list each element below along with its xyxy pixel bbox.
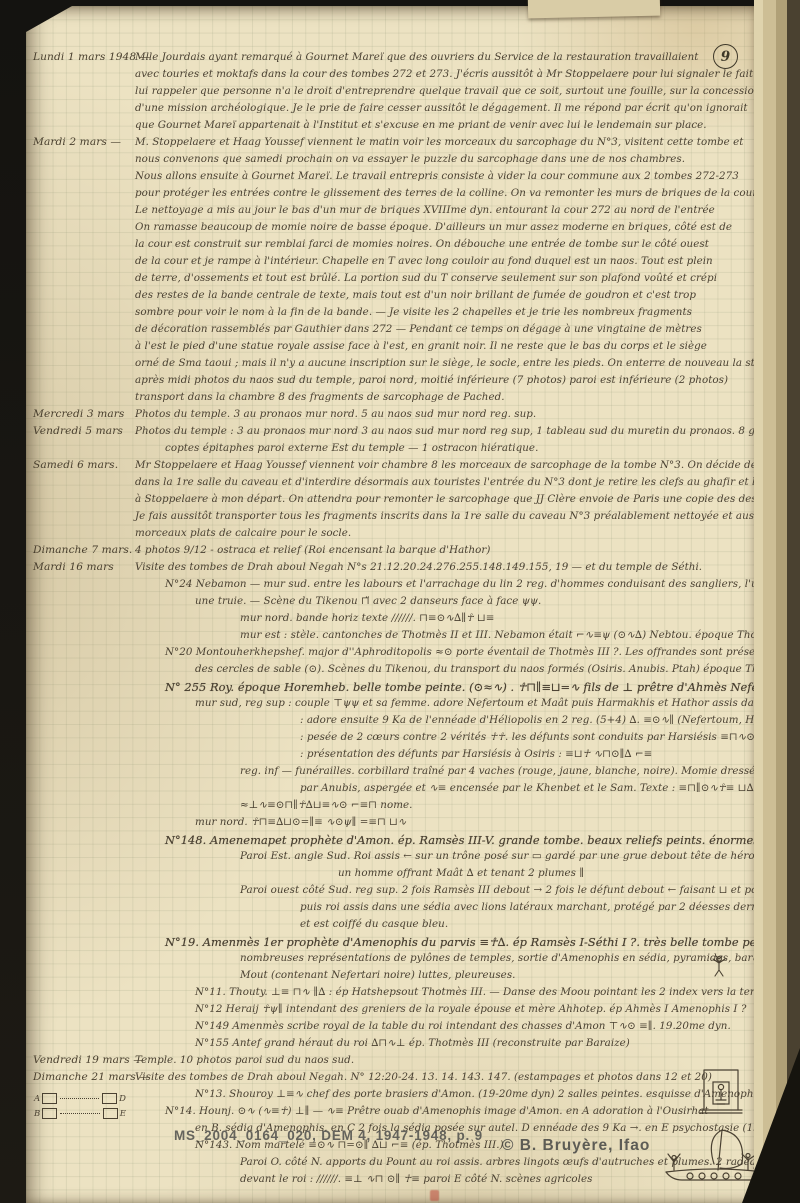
plan-label-b: B (34, 1109, 40, 1119)
journal-line: Mercredi 3 marsPhotos du temple. 3 au pr… (26, 408, 752, 425)
entry-text: N°12 Heraij ☥ψ∥ intendant des greniers d… (195, 1003, 746, 1015)
journal-line: ≈⊥∿≡⊙⊓∥☥∆⊔≡∿⊙ ⌐≡⊓ nome. (26, 799, 752, 816)
plan-label-a: A (34, 1094, 40, 1104)
journal-line: orné de Sma taoui ; mais il n'y a aucune… (26, 357, 752, 374)
entry-text: de décoration rassemblés par Gauthier da… (135, 323, 702, 335)
journal-line: nombreuses représentations de pylônes de… (26, 952, 752, 969)
entry-text: Paroi Est. angle Sud. Roi assis ← sur un… (240, 850, 800, 862)
entry-text: Mlle Jourdais ayant remarqué à Gournet M… (135, 51, 698, 63)
journal-line: N°24 Nebamon — mur sud. entre les labour… (26, 578, 752, 595)
entry-text: Mr Stoppelaere et Haag Youssef viennent … (135, 459, 800, 471)
journal-line: On ramasse beaucoup de momie noire de ba… (26, 221, 752, 238)
entry-text: coptes épitaphes paroi externe Est du te… (165, 442, 538, 454)
journal-line: : adore ensuite 9 Ka de l'ennéade d'Héli… (26, 714, 752, 731)
page-edge-strip (763, 0, 776, 1203)
journal-line: puis roi assis dans une sédia avec lions… (26, 901, 752, 918)
entry-text: mur nord. bande horiz texte //////. ⊓≡⊙∿… (240, 612, 494, 624)
entry-text: N°148. Amenemapet prophète d'Amon. ép. R… (165, 833, 800, 847)
journal-line: des restes de la bande centrale de texte… (26, 289, 752, 306)
entry-text: On ramasse beaucoup de momie noire de ba… (135, 221, 732, 233)
entry-text: Temple. 10 photos paroi sud du naos sud. (135, 1054, 354, 1066)
journal-line: Le nettoyage a mis au jour le bas d'un m… (26, 204, 752, 221)
entry-text: 4 photos 9/12 - ostraca et relief (Roi e… (135, 544, 490, 556)
journal-line: N° 255 Roy. époque Horemheb. belle tombe… (26, 680, 752, 697)
journal-line: N°12 Heraij ☥ψ∥ intendant des greniers d… (26, 1003, 752, 1020)
margin-date: Samedi 6 mars. (33, 459, 118, 471)
journal-line: : pesée de 2 cœurs contre 2 vérités ☥☥. … (26, 731, 752, 748)
entry-text: N°24 Nebamon — mur sud. entre les labour… (165, 578, 800, 590)
entry-text: puis roi assis dans une sédia avec lions… (300, 901, 800, 913)
journal-lines: Lundi 1 mars 1948 —Mlle Jourdais ayant r… (26, 6, 754, 1203)
journal-line: nous convenons que samedi prochain on va… (26, 153, 752, 170)
entry-text: pour protéger les entrées contre le glis… (135, 187, 757, 199)
journal-line: Je fais aussitôt transporter tous les fr… (26, 510, 752, 527)
entry-text: Mout (contenant Nefertari noire) luttes,… (240, 969, 516, 981)
journal-line: que Gournet Mareï appartenait à l'Instit… (26, 119, 752, 136)
entry-text: des restes de la bande centrale de texte… (135, 289, 696, 301)
tomb-plan-row-top: A D (34, 1091, 126, 1106)
entry-text: lui rappeler que personne n'a le droit d… (135, 85, 761, 97)
archive-watermark: MS_2004_0164_020, DEM 4, 1947-1948, p. 9 (174, 1128, 483, 1143)
journal-line: Paroi Est. angle Sud. Roi assis ← sur un… (26, 850, 752, 867)
scanned-notebook-photo: 9 Lundi 1 mars 1948 —Mlle Jourdais ayant… (0, 0, 800, 1203)
entry-text: : pesée de 2 cœurs contre 2 vérités ☥☥. … (300, 731, 760, 743)
journal-line: mur nord. bande horiz texte //////. ⊓≡⊙∿… (26, 612, 752, 629)
red-stamp-mark (430, 1190, 439, 1201)
plan-corridor-dots (60, 1113, 100, 1114)
entry-text: morceaux plats de calcaire pour le socle… (135, 527, 351, 539)
journal-line: N°19. Amenmès 1er prophète d'Amenophis d… (26, 935, 752, 952)
journal-line: devant le roi : //////. ≡⊥ ∿⊓ ⊙∥ ☥≡ paro… (26, 1173, 752, 1190)
entry-text: à l'est le pied d'une statue royale assi… (135, 340, 707, 352)
journal-line: un homme offrant Maât ∆ et tenant 2 plum… (26, 867, 752, 884)
journal-line: de décoration rassemblés par Gauthier da… (26, 323, 752, 340)
entry-text: reg. inf — funérailles. corbillard traîn… (240, 765, 800, 777)
journal-line: Vendredi 5 marsPhotos du temple : 3 au p… (26, 425, 752, 442)
journal-line: de la cour et je rampe à l'intérieur. Ch… (26, 255, 752, 272)
entry-text: dans la 1re salle du caveau et d'interdi… (135, 476, 800, 488)
margin-date: Mardi 2 mars — (33, 136, 121, 148)
journal-line: N°20 Montouherkhepshef. major d''Aphrodi… (26, 646, 752, 663)
entry-text: sombre pour voir le nom à la fin de la b… (135, 306, 692, 318)
journal-line: Samedi 6 mars.Mr Stoppelaere et Haag You… (26, 459, 752, 476)
entry-text: N°20 Montouherkhepshef. major d''Aphrodi… (165, 646, 800, 658)
notebook-page: 9 Lundi 1 mars 1948 —Mlle Jourdais ayant… (26, 6, 754, 1203)
plan-label-d: D (119, 1094, 126, 1104)
entry-text: orné de Sma taoui ; mais il n'y a aucune… (135, 357, 778, 369)
entry-text: une truie. — Scène du Tikenou ⊓̈ avec 2 … (195, 595, 541, 607)
entry-text: transport dans la chambre 8 des fragment… (135, 391, 505, 403)
entry-text: N°14. Hounj. ⊙∿ (∿≡☥) ⊥∥ — ∿≡ Prêtre oua… (165, 1105, 709, 1117)
page-edge-strip (776, 0, 787, 1203)
journal-line: Lundi 1 mars 1948 —Mlle Jourdais ayant r… (26, 51, 752, 68)
entry-text: N° 255 Roy. époque Horemheb. belle tombe… (165, 680, 784, 694)
entry-text: N°19. Amenmès 1er prophète d'Amenophis d… (165, 935, 800, 949)
entry-text: Paroi ouest côté Sud. reg sup. 2 fois Ra… (240, 884, 800, 896)
journal-line: lui rappeler que personne n'a le droit d… (26, 85, 752, 102)
plan-room-box (42, 1108, 57, 1119)
journal-line: mur est : stèle. cantonches de Thotmès I… (26, 629, 752, 646)
journal-line: mur sud, reg sup : couple ⊤ψψ et sa femm… (26, 697, 752, 714)
journal-line: et est coiffé du casque bleu. (26, 918, 752, 935)
journal-line: de terre, d'ossements et tout est brûlé.… (26, 272, 752, 289)
entry-text: que Gournet Mareï appartenait à l'Instit… (135, 119, 707, 131)
entry-text: ≈⊥∿≡⊙⊓∥☥∆⊔≡∿⊙ ⌐≡⊓ nome. (240, 799, 413, 811)
entry-text: avec touries et moktafs dans la cour des… (135, 68, 767, 80)
plan-corridor-dots (60, 1098, 99, 1099)
journal-line: avec touries et moktafs dans la cour des… (26, 68, 752, 85)
journal-line: Dimanche 21 mars —Visite des tombes de D… (26, 1071, 752, 1088)
journal-line: à l'est le pied d'une statue royale assi… (26, 340, 752, 357)
journal-line: Nous allons ensuite à Gournet Mareï. Le … (26, 170, 752, 187)
entry-text: N°149 Amenmès scribe royal de la table d… (195, 1020, 731, 1032)
entry-text: devant le roi : //////. ≡⊥ ∿⊓ ⊙∥ ☥≡ paro… (240, 1173, 592, 1185)
entry-text: M. Stoppelaere et Haag Youssef viennent … (135, 136, 743, 148)
page-edge-strip (754, 0, 763, 1203)
journal-line: N°11. Thouty. ⊥≡ ⊓∿ ∥∆ : ép Hatshepsout … (26, 986, 752, 1003)
journal-line: après midi photos du naos sud du temple,… (26, 374, 752, 391)
journal-line: à Stoppelaere à mon départ. On attendra … (26, 493, 752, 510)
entry-text: Visite des tombes de Drah aboul Negah N°… (135, 561, 702, 573)
entry-text: nous convenons que samedi prochain on va… (135, 153, 685, 165)
plan-room-box (42, 1093, 57, 1104)
copyright-watermark: © B. Bruyère, Ifao (502, 1137, 650, 1155)
journal-line: des cercles de sable (⊙). Scènes du Tike… (26, 663, 752, 680)
journal-line: pour protéger les entrées contre le glis… (26, 187, 752, 204)
journal-line: sombre pour voir le nom à la fin de la b… (26, 306, 752, 323)
journal-line: mur nord. ☥⊓≡∆⊔⊙=∥≡ ∿⊙ψ∥ =≡⊓ ⊔∿ (26, 816, 752, 833)
journal-line: Paroi O. côté N. apports du Pount au roi… (26, 1156, 752, 1173)
entry-text: mur sud, reg sup : couple ⊤ψψ et sa femm… (195, 697, 800, 709)
entry-text: Photos du temple. 3 au pronaos mur nord.… (135, 408, 536, 420)
dancer-figure-sketch (710, 954, 728, 978)
journal-line: Mardi 2 mars —M. Stoppelaere et Haag You… (26, 136, 752, 153)
entry-text: N°11. Thouty. ⊥≡ ⊓∿ ∥∆ : ép Hatshepsout … (195, 986, 800, 998)
tomb-plan-diagram: A D B E (34, 1091, 126, 1125)
journal-line: transport dans la chambre 8 des fragment… (26, 391, 752, 408)
entry-text: N°155 Antef grand héraut du roi ∆⊓∿⊥ ép.… (195, 1037, 630, 1049)
journal-line: Mardi 16 marsVisite des tombes de Drah a… (26, 561, 752, 578)
journal-line: coptes épitaphes paroi externe Est du te… (26, 442, 752, 459)
journal-line: Paroi ouest côté Sud. reg sup. 2 fois Ra… (26, 884, 752, 901)
journal-line: N°148. Amenemapet prophète d'Amon. ép. R… (26, 833, 752, 850)
entry-text: à Stoppelaere à mon départ. On attendra … (135, 493, 800, 505)
plan-room-box (102, 1093, 117, 1104)
journal-line: N°149 Amenmès scribe royal de la table d… (26, 1020, 752, 1037)
entry-text: Je fais aussitôt transporter tous les fr… (135, 510, 781, 522)
tape-fragment (528, 0, 660, 18)
entry-text: mur est : stèle. cantonches de Thotmès I… (240, 629, 798, 641)
margin-date: Lundi 1 mars 1948 — (33, 51, 150, 63)
journal-line: d'une mission archéologique. Je le prie … (26, 102, 752, 119)
entry-text: de la cour et je rampe à l'intérieur. Ch… (135, 255, 713, 267)
tomb-plan-row-bottom: B E (34, 1106, 126, 1121)
entry-text: : adore ensuite 9 Ka de l'ennéade d'Héli… (300, 714, 800, 726)
margin-date: Vendredi 5 mars (33, 425, 123, 437)
entry-text: de terre, d'ossements et tout est brûlé.… (135, 272, 717, 284)
journal-line: N°13. Shouroy ⊥≡∿ chef des porte brasier… (26, 1088, 752, 1105)
entry-text: Nous allons ensuite à Gournet Mareï. Le … (135, 170, 739, 182)
entry-text: un homme offrant Maât ∆ et tenant 2 plum… (338, 867, 584, 879)
entry-text: des cercles de sable (⊙). Scènes du Tike… (195, 663, 800, 675)
journal-line: reg. inf — funérailles. corbillard traîn… (26, 765, 752, 782)
journal-line: une truie. — Scène du Tikenou ⊓̈ avec 2 … (26, 595, 752, 612)
journal-line: dans la 1re salle du caveau et d'interdi… (26, 476, 752, 493)
plan-label-e: E (120, 1109, 126, 1119)
entry-text: Photos du temple : 3 au pronaos mur nord… (135, 425, 785, 437)
entry-text: la cour est construit sur remblai farci … (135, 238, 709, 250)
page-edge-strip (787, 0, 800, 1203)
entry-text: mur nord. ☥⊓≡∆⊔⊙=∥≡ ∿⊙ψ∥ =≡⊓ ⊔∿ (195, 816, 406, 828)
plan-room-box (103, 1108, 118, 1119)
margin-date: Dimanche 21 mars — (33, 1071, 150, 1083)
journal-line: Dimanche 7 mars.4 photos 9/12 - ostraca … (26, 544, 752, 561)
journal-line: : présentation des défunts par Harsiésis… (26, 748, 752, 765)
entry-text: après midi photos du naos sud du temple,… (135, 374, 728, 386)
margin-date: Dimanche 7 mars. (33, 544, 132, 556)
journal-line: Vendredi 19 mars —Temple. 10 photos paro… (26, 1054, 752, 1071)
journal-line: morceaux plats de calcaire pour le socle… (26, 527, 752, 544)
entry-text: et est coiffé du casque bleu. (300, 918, 448, 930)
journal-line: la cour est construit sur remblai farci … (26, 238, 752, 255)
margin-date: Vendredi 19 mars — (33, 1054, 144, 1066)
journal-line: N°14. Hounj. ⊙∿ (∿≡☥) ⊥∥ — ∿≡ Prêtre oua… (26, 1105, 752, 1122)
margin-date: Mardi 16 mars (33, 561, 114, 573)
margin-date: Mercredi 3 mars (33, 408, 124, 420)
entry-text: d'une mission archéologique. Je le prie … (135, 102, 748, 114)
journal-line: N°155 Antef grand héraut du roi ∆⊓∿⊥ ép.… (26, 1037, 752, 1054)
journal-line: Mout (contenant Nefertari noire) luttes,… (26, 969, 752, 986)
entry-text: Le nettoyage a mis au jour le bas d'un m… (135, 204, 715, 216)
entry-text: Visite des tombes de Drah aboul Negah. N… (135, 1071, 712, 1083)
entry-text: par Anubis, aspergée et ∿≡ encensée par … (300, 782, 754, 794)
journal-line: par Anubis, aspergée et ∿≡ encensée par … (26, 782, 752, 799)
entry-text: : présentation des défunts par Harsiésis… (300, 748, 652, 760)
naos-shrine-sketch (698, 1066, 744, 1116)
